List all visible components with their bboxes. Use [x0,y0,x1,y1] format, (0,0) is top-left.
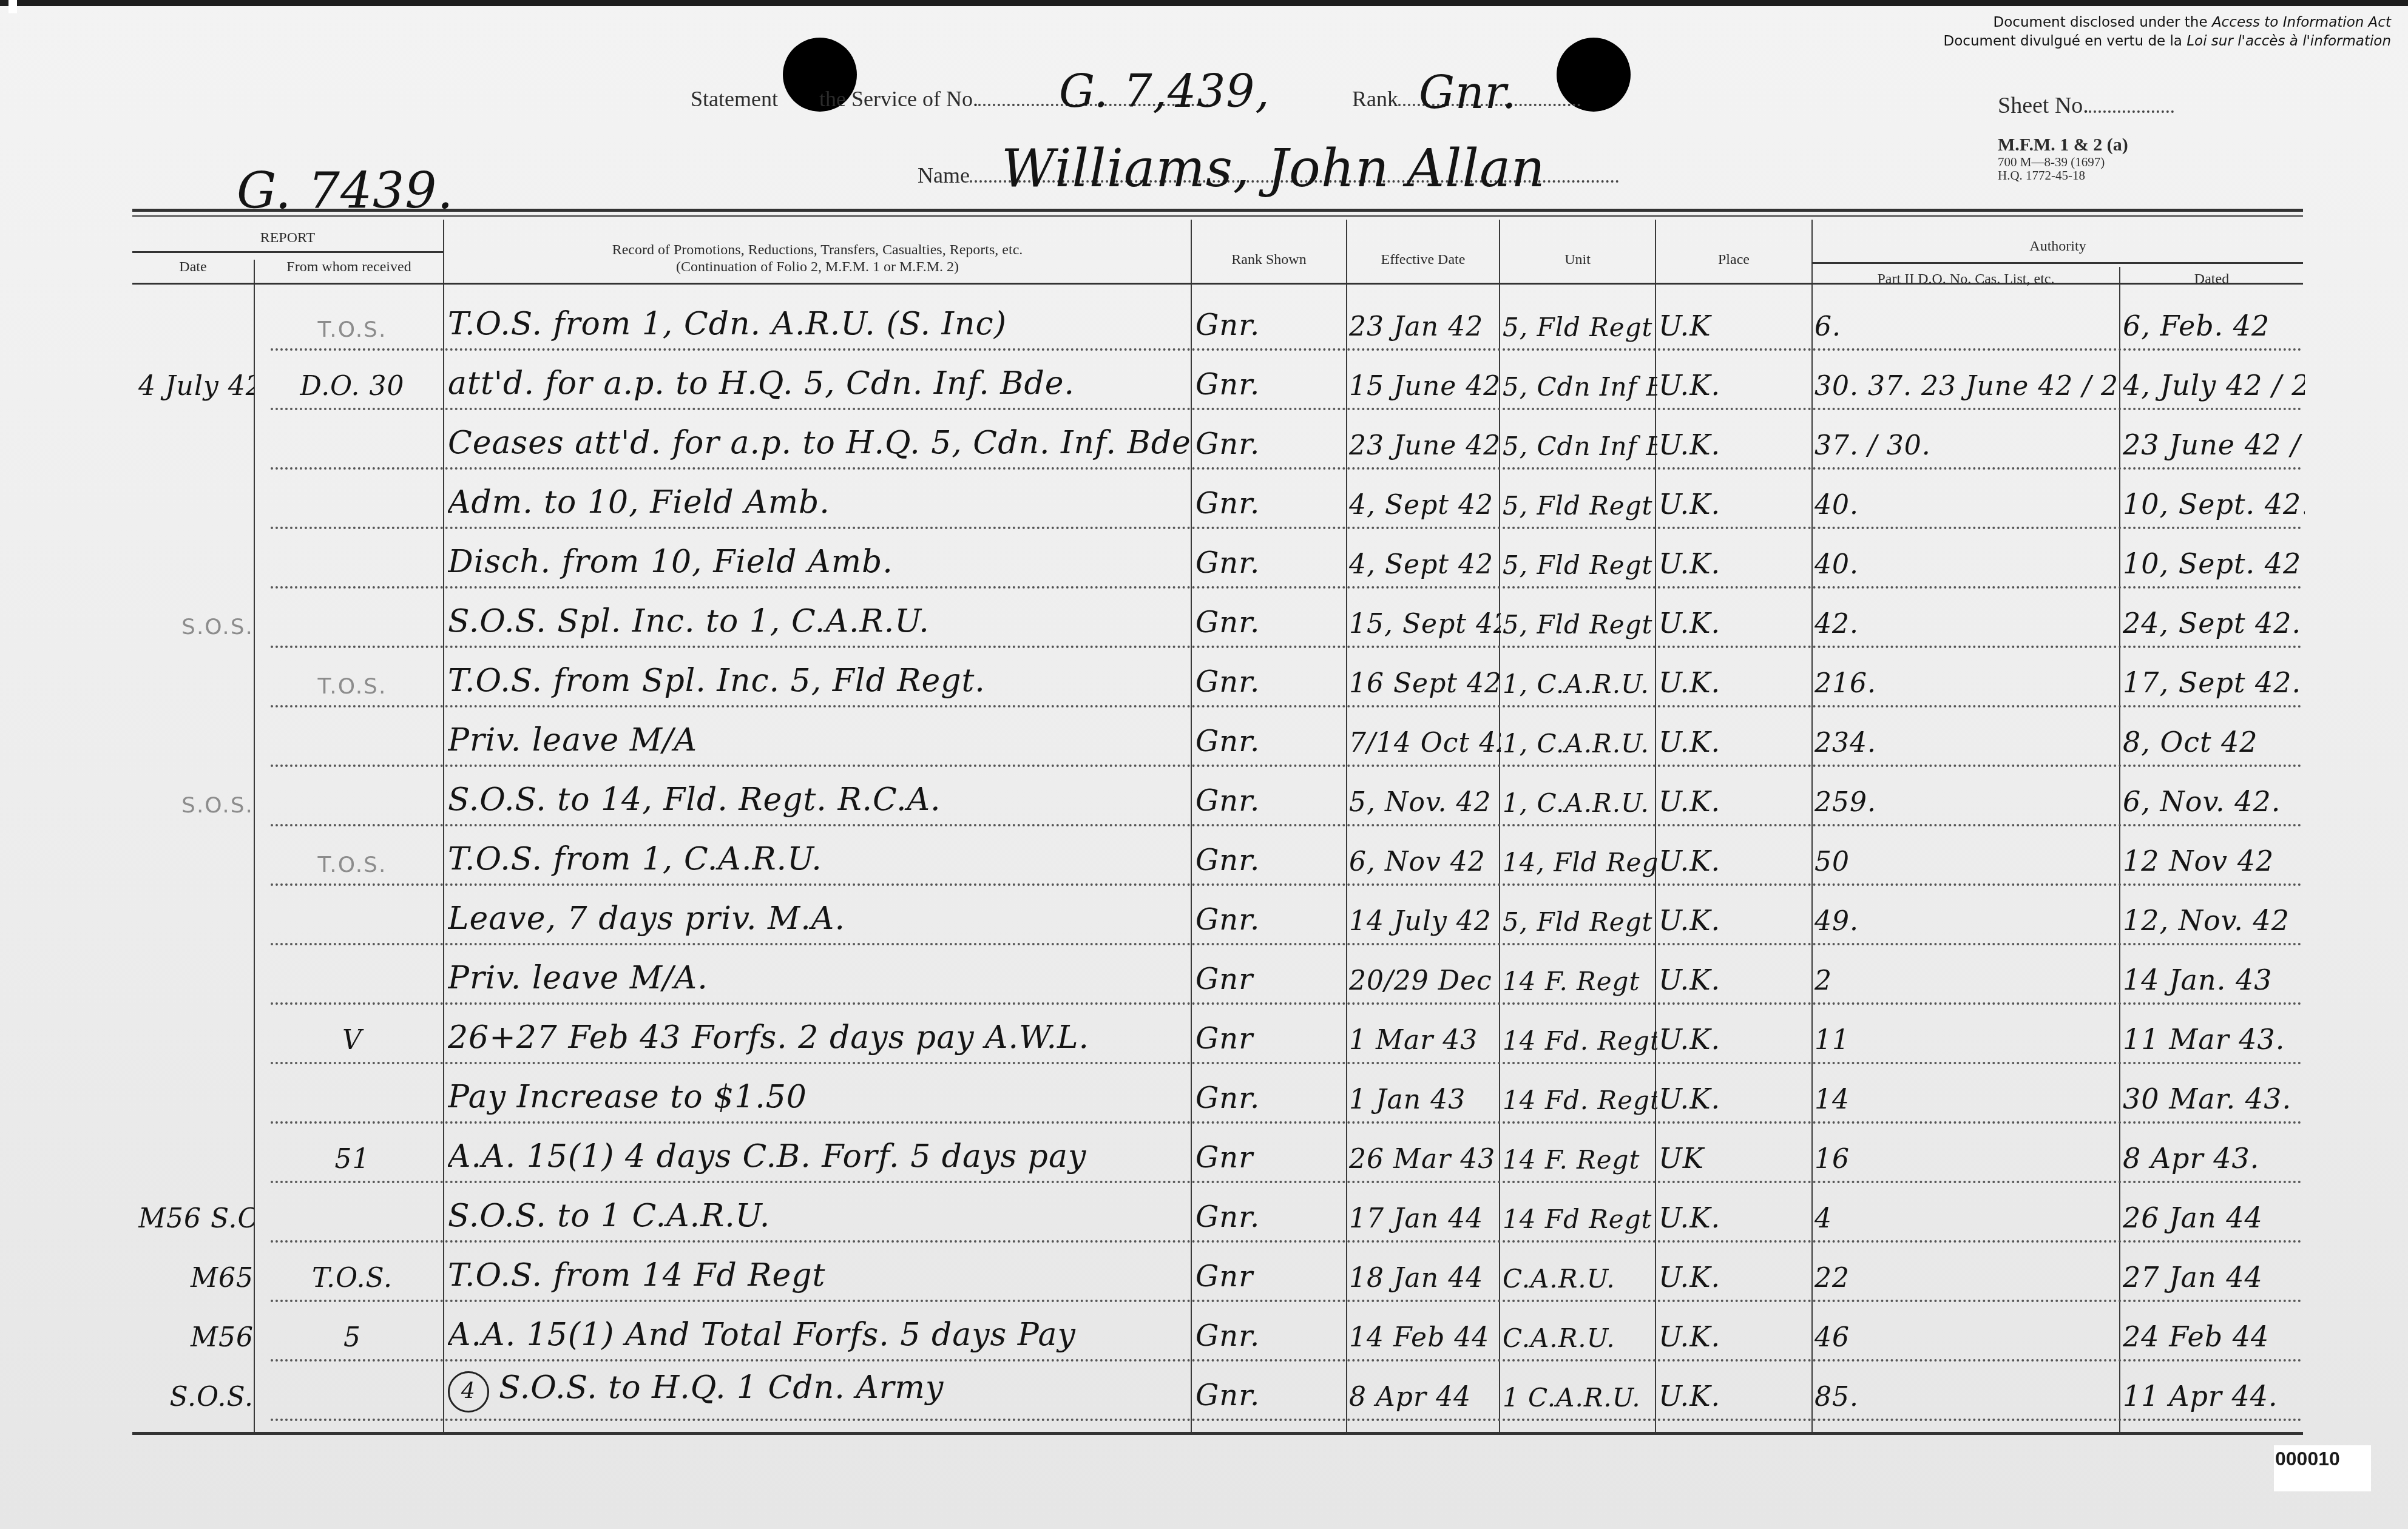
table-row: Leave, 7 days priv. M.A.Gnr.14 July 425,… [132,886,2303,945]
cell-rank: Gnr. [1196,487,1347,521]
cell-place: U.K. [1659,904,1813,937]
cell-part2: 30. 37. 23 June 42 / 29. 30 [1814,371,2118,402]
cell-effective: 14 Feb 44 [1349,1322,1501,1353]
cell-effective: 6, Nov 42 [1349,846,1501,877]
cell-date: M56 [138,1322,254,1353]
cell-dated: 26 Jan 44 [2123,1201,2305,1234]
cell-part2: 16 [1814,1144,2118,1175]
cell-place: U.K. [1659,726,1813,758]
cell-date: M56 S.O.S. [138,1203,254,1234]
cell-date: S.O.S. [138,1382,254,1413]
authority-sub-rule [1811,262,2303,264]
header-rank-shown: Rank Shown [1192,251,1346,268]
cell-effective: 26 Mar 43 [1349,1144,1501,1175]
cell-record: S.O.S. to 1 C.A.R.U. [448,1198,1194,1234]
cell-date: S.O.S. [138,615,254,640]
cell-part2: 49. [1814,906,2118,937]
cell-part2: 42. [1814,609,2118,640]
cell-rank: Gnr. [1196,903,1347,937]
cell-rank: Gnr. [1196,843,1347,877]
cell-from: T.O.S. [260,317,445,342]
table-bottom-rule [132,1432,2303,1435]
disclosure-notice: Document disclosed under the Access to I… [1944,13,2391,51]
header-record: Record of Promotions, Reductions, Transf… [444,241,1191,275]
cell-dated: 24 Feb 44 [2123,1320,2305,1353]
record-text: S.O.S. to H.Q. 1 Cdn. Army [499,1369,944,1406]
table-row: Priv. leave M/A.Gnr20/29 Dec 4214 F. Reg… [132,945,2303,1005]
cell-record: Pay Increase to $1.50 [448,1079,1194,1115]
cell-effective: 4, Sept 42 [1349,549,1501,580]
cell-from: T.O.S. [260,852,445,877]
cell-dated: 4, July 42 / 27 June 42 [2123,369,2305,402]
cell-unit: 5, Fld Regt [1503,491,1657,521]
cell-rank: Gnr [1196,1141,1347,1175]
cell-rank: Gnr. [1196,1379,1347,1413]
statement-word: Statement [691,87,778,111]
header-dated: Dated [2120,271,2303,288]
cell-rank: Gnr. [1196,308,1347,342]
circled-note-marker: 4 [448,1371,489,1413]
cell-unit: 14 Fd. Regt. [1503,1026,1657,1056]
cell-rank: Gnr [1196,1260,1347,1294]
cell-unit: C.A.R.U. [1503,1323,1657,1353]
cell-record: Disch. from 10, Field Amb. [448,544,1194,580]
cell-effective: 15, Sept 42 [1349,609,1501,640]
cell-effective: 7/14 Oct 42 [1349,727,1501,758]
cell-place: U.K. [1659,488,1813,521]
cell-record: Leave, 7 days priv. M.A. [448,900,1194,937]
table-row: M565A.A. 15(1) And Total Forfs. 5 days P… [132,1302,2303,1362]
cell-part2: 234. [1814,727,2118,758]
cell-record: 4S.O.S. to H.Q. 1 Cdn. Army [448,1369,1194,1413]
cell-part2: 216. [1814,668,2118,699]
cell-rank: Gnr. [1196,724,1347,758]
cell-dated: 10, Sept. 42. [2123,488,2305,521]
cell-part2: 2 [1814,965,2118,996]
cell-unit: 14 Fd. Regt. [1503,1085,1657,1115]
cell-part2: 40. [1814,549,2118,580]
cell-from: T.O.S. [260,1263,445,1294]
cell-rank: Gnr. [1196,606,1347,640]
cell-from: T.O.S. [260,674,445,699]
cell-dated: 8, Oct 42 [2123,726,2305,758]
cell-rank: Gnr. [1196,784,1347,818]
cell-unit: 5, Fld Regt [1503,312,1657,342]
cell-record: att'd. for a.p. to H.Q. 5, Cdn. Inf. Bde… [448,365,1194,402]
header-place: Place [1656,251,1811,268]
cell-rank: Gnr. [1196,1081,1347,1115]
cell-dated: 11 Mar 43. [2123,1023,2305,1056]
cell-date: 4 July 42 [138,371,254,402]
cell-unit: 5, Cdn Inf Bde / 5, Fld Regt [1503,431,1657,461]
cell-rank: Gnr. [1196,1200,1347,1234]
cell-dated: 12, Nov. 42 [2123,904,2305,937]
sheet-no-label: Sheet No. [1998,92,2174,119]
table-row: T.O.S.T.O.S. from 1, Cdn. A.R.U. (S. Inc… [132,291,2303,351]
cell-unit: 1 C.A.R.U. [1503,1383,1657,1413]
cell-from: 51 [260,1144,445,1175]
cell-place: U.K. [1659,785,1813,818]
cell-effective: 1 Jan 43 [1349,1084,1501,1115]
cell-effective: 4, Sept 42 [1349,490,1501,521]
cell-place: UK [1659,1142,1813,1175]
header-from-whom: From whom received [255,258,443,275]
cell-part2: 259. [1814,787,2118,818]
cell-dated: 10, Sept. 42 [2123,547,2305,580]
cell-effective: 1 Mar 43 [1349,1025,1501,1056]
page-number-badge: 000010 [2274,1445,2371,1491]
rank-label-text: Rank [1352,87,1398,111]
cell-effective: 23 June 42 [1349,430,1501,461]
cell-dated: 6, Nov. 42. [2123,785,2305,818]
service-number-value: G. 7,439, [1059,66,1270,118]
cell-place: U.K. [1659,1261,1813,1294]
cell-unit: C.A.R.U. [1503,1264,1657,1294]
table-top-rule [132,209,2303,212]
cell-rank: Gnr. [1196,665,1347,699]
cell-unit: 1, C.A.R.U. [1503,729,1657,758]
cell-effective: 8 Apr 44 [1349,1382,1501,1413]
cell-place: U.K. [1659,1380,1813,1413]
cell-part2: 46 [1814,1322,2118,1353]
name-value: Williams, John Allan [1001,138,1546,199]
cell-record: 26+27 Feb 43 Forfs. 2 days pay A.W.L. [448,1019,1194,1056]
cell-rank: Gnr [1196,1022,1347,1056]
cell-unit: 5, Fld Regt [1503,610,1657,640]
cell-dated: 12 Nov 42 [2123,845,2305,877]
table-row: M65T.O.S.T.O.S. from 14 Fd RegtGnr18 Jan… [132,1243,2303,1302]
cell-rank: Gnr. [1196,368,1347,402]
table-row: V26+27 Feb 43 Forfs. 2 days pay A.W.L.Gn… [132,1005,2303,1064]
table-row: 4 July 42D.O. 30att'd. for a.p. to H.Q. … [132,351,2303,410]
cell-place: U.K. [1659,1201,1813,1234]
cell-record: A.A. 15(1) And Total Forfs. 5 days Pay [448,1317,1194,1353]
table-row: Disch. from 10, Field Amb.Gnr.4, Sept 42… [132,529,2303,589]
cell-part2: 22 [1814,1263,2118,1294]
cell-dated: 23 June 42 / 4, July 42 [2123,428,2305,461]
cell-date: M65 [138,1263,254,1294]
cell-record: S.O.S. Spl. Inc. to 1, C.A.R.U. [448,603,1194,640]
cell-from: V [260,1025,445,1056]
cell-effective: 17 Jan 44 [1349,1203,1501,1234]
disclosure-line1: Document disclosed under the [1994,15,2212,30]
table-row: S.O.S.4S.O.S. to H.Q. 1 Cdn. ArmyGnr.8 A… [132,1362,2303,1421]
cell-unit: 14 F. Regt [1503,967,1657,996]
cell-dated: 17, Sept 42. [2123,666,2305,699]
cell-effective: 18 Jan 44 [1349,1263,1501,1294]
cell-effective: 5, Nov. 42 [1349,787,1501,818]
cell-part2: 4 [1814,1203,2118,1234]
cell-place: U.K. [1659,607,1813,640]
table-row: Adm. to 10, Field Amb.Gnr.4, Sept 425, F… [132,470,2303,529]
table-row: Priv. leave M/AGnr.7/14 Oct 421, C.A.R.U… [132,707,2303,767]
cell-rank: Gnr. [1196,1319,1347,1353]
header-authority: Authority [1813,238,2303,255]
cell-dated: 24, Sept 42. [2123,607,2305,640]
form-identifier: M.F.M. 1 & 2 (a) 700 M—8-39 (1697) H.Q. … [1998,135,2128,182]
cell-rank: Gnr. [1196,427,1347,461]
report-sub-rule [132,251,443,253]
cell-place: U.K. [1659,1320,1813,1353]
cell-unit: 5, Fld Regt [1503,550,1657,580]
table-row: T.O.S.T.O.S. from Spl. Inc. 5, Fld Regt.… [132,648,2303,707]
cell-record: Ceases att'd. for a.p. to H.Q. 5, Cdn. I… [448,425,1194,461]
cell-part2: 14 [1814,1084,2118,1115]
disclosure-act-en: Access to Information Act [2212,15,2391,30]
cell-part2: 11 [1814,1025,2118,1056]
cell-part2: 50 [1814,846,2118,877]
table-row: S.O.S.S.O.S. to 14, Fld. Regt. R.C.A.Gnr… [132,767,2303,826]
cell-dated: 11 Apr 44. [2123,1380,2305,1413]
cell-unit: 14, Fld Regt [1503,848,1657,877]
cell-place: U.K. [1659,547,1813,580]
scan-top-edge [0,0,2408,6]
cell-unit: 14 Fd Regt [1503,1204,1657,1234]
cell-effective: 14 July 42 [1349,906,1501,937]
cell-dated: 30 Mar. 43. [2123,1082,2305,1115]
header-part2: Part II D.O. No. Cas. List, etc. [1813,271,2119,288]
cell-record: T.O.S. from 1, Cdn. A.R.U. (S. Inc) [448,306,1194,342]
cell-unit: 14 F. Regt [1503,1145,1657,1175]
cell-record: Priv. leave M/A. [448,960,1194,996]
cell-from: 5 [260,1322,445,1353]
cell-place: U.K [1659,309,1813,342]
form-print-code: 700 M—8-39 (1697) [1998,155,2128,169]
cell-effective: 23 Jan 42 [1349,311,1501,342]
cell-record: A.A. 15(1) 4 days C.B. Forf. 5 days pay [448,1138,1194,1175]
cell-dated: 27 Jan 44 [2123,1261,2305,1294]
cell-place: U.K. [1659,845,1813,877]
cell-record: T.O.S. from 14 Fd Regt [448,1257,1194,1294]
cell-place: U.K. [1659,369,1813,402]
table-row: 51A.A. 15(1) 4 days C.B. Forf. 5 days pa… [132,1124,2303,1183]
cell-effective: 16 Sept 42 [1349,668,1501,699]
cell-rank: Gnr. [1196,546,1347,580]
table-row: Pay Increase to $1.50Gnr.1 Jan 4314 Fd. … [132,1064,2303,1124]
header-report: REPORT [132,229,443,246]
header-unit: Unit [1500,251,1655,268]
cell-part2: 6. [1814,311,2118,342]
cell-place: U.K. [1659,666,1813,699]
cell-effective: 15 June 42 [1349,371,1501,402]
name-label-text: Name [918,163,970,187]
header-date: Date [132,258,254,275]
form-id: M.F.M. 1 & 2 (a) [1998,135,2128,155]
table-row: Ceases att'd. for a.p. to H.Q. 5, Cdn. I… [132,410,2303,470]
table-top-rule-thin [132,215,2303,217]
cell-place: U.K. [1659,1082,1813,1115]
cell-unit: 5, Fld Regt [1503,907,1657,937]
cell-from: D.O. 30 [260,371,445,402]
table-row: S.O.S.S.O.S. Spl. Inc. to 1, C.A.R.U.Gnr… [132,589,2303,648]
cell-dated: 8 Apr 43. [2123,1142,2305,1175]
cell-place: U.K. [1659,1023,1813,1056]
table-row: T.O.S.T.O.S. from 1, C.A.R.U.Gnr.6, Nov … [132,826,2303,886]
cell-dated: 6, Feb. 42 [2123,309,2305,342]
cell-place: U.K. [1659,428,1813,461]
table-row: M56 S.O.S.S.O.S. to 1 C.A.R.U.Gnr.17 Jan… [132,1183,2303,1243]
service-of-no-label: the Service of No. [819,87,978,111]
disclosure-line2: Document divulgué en vertu de la [1944,33,2187,49]
cell-part2: 37. / 30. [1814,430,2118,461]
scan-notch [8,0,17,13]
cell-rank: Gnr [1196,962,1347,996]
cell-unit: 1, C.A.R.U. [1503,788,1657,818]
cell-record: S.O.S. to 14, Fld. Regt. R.C.A. [448,781,1194,818]
rank-value: Gnr. [1419,67,1517,119]
cell-unit: 1, C.A.R.U. [1503,669,1657,699]
header-record-sub: (Continuation of Folio 2, M.F.M. 1 or M.… [444,258,1191,275]
cell-unit: 5, Cdn Inf Bde / 5, Fld Regt [1503,372,1657,402]
cell-date: S.O.S. [138,793,254,818]
cell-record: T.O.S. from 1, C.A.R.U. [448,841,1194,877]
cell-part2: 85. [1814,1382,2118,1413]
cell-place: U.K. [1659,964,1813,996]
header-effective-date: Effective Date [1347,251,1499,268]
row-dotted-rule [271,1419,2303,1421]
cell-record: Priv. leave M/A [448,722,1194,758]
disclosure-act-fr: Loi sur l'accès à l'information [2186,33,2391,49]
form-hq-code: H.Q. 1772-45-18 [1998,169,2128,182]
cell-dated: 14 Jan. 43 [2123,964,2305,996]
sheet-no-text: Sheet No. [1998,93,2089,118]
header-record-title: Record of Promotions, Reductions, Transf… [444,241,1191,258]
cell-record: Adm. to 10, Field Amb. [448,484,1194,521]
cell-record: T.O.S. from Spl. Inc. 5, Fld Regt. [448,663,1194,699]
cell-part2: 40. [1814,490,2118,521]
cell-effective: 20/29 Dec 42 [1349,965,1501,996]
